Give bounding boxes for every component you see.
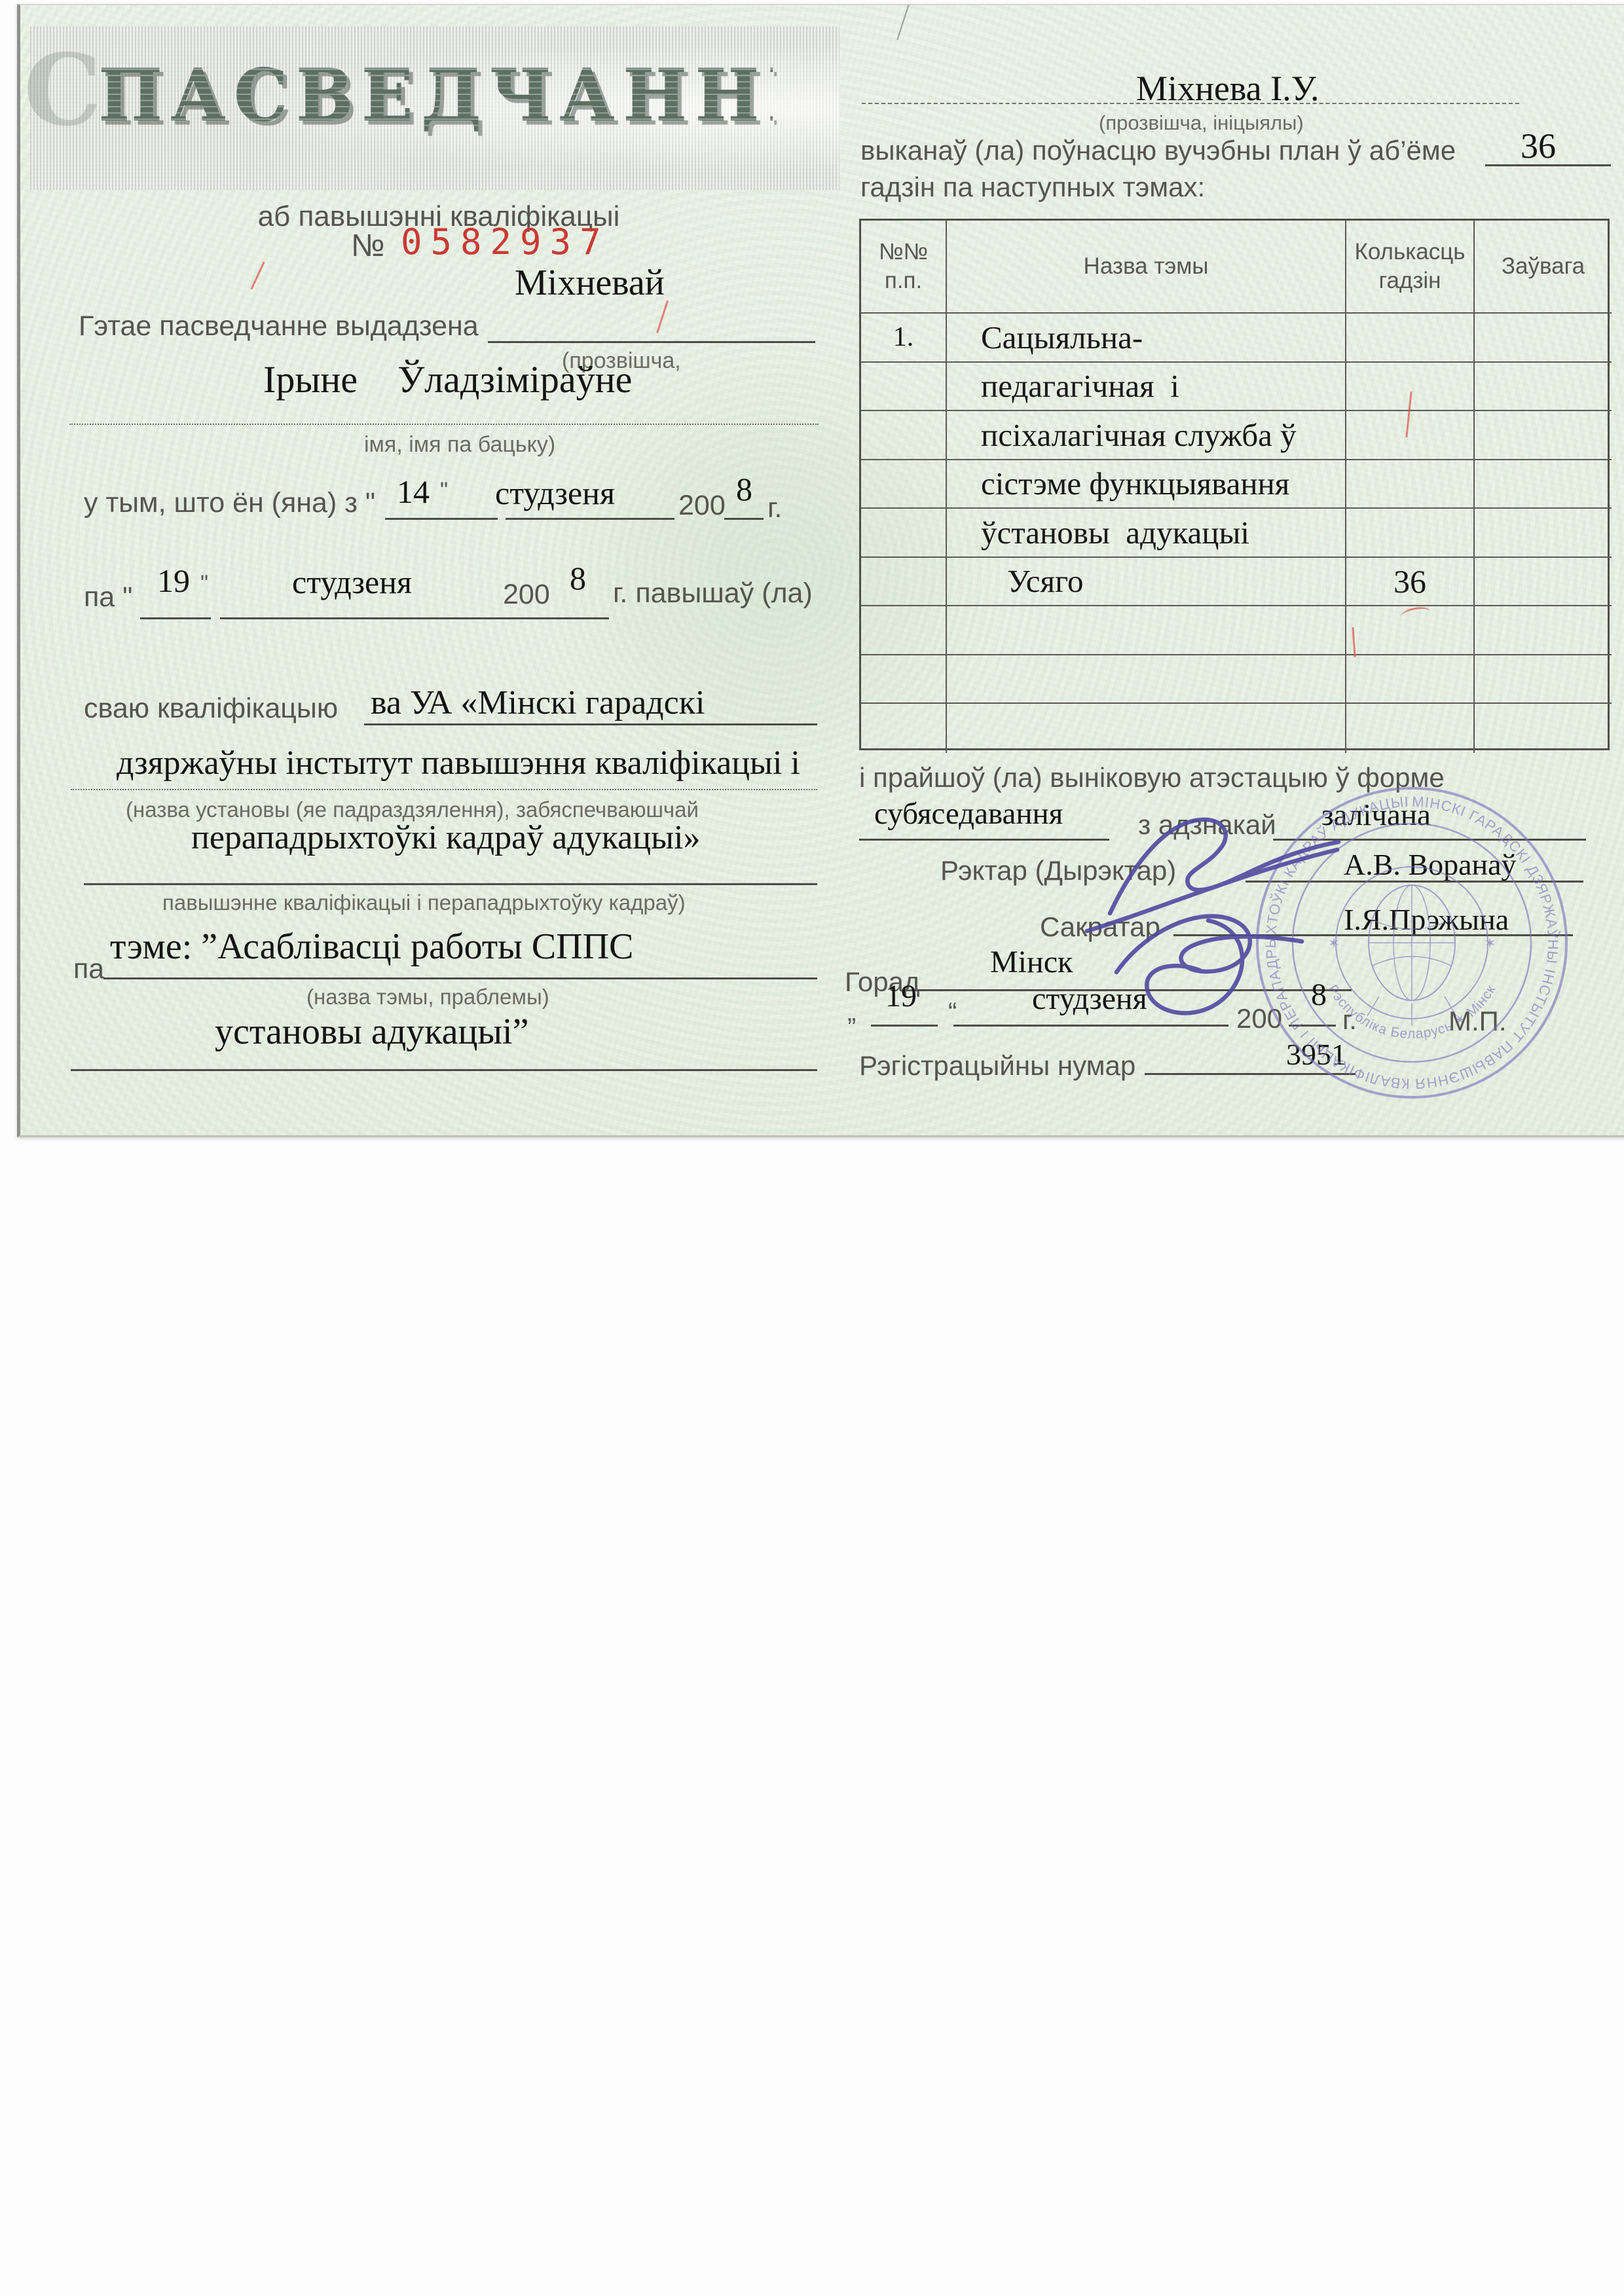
table-cell-topic: педагагічная і <box>947 363 1346 412</box>
underline <box>364 723 817 725</box>
table-cell-topic: псіхалагічная служба ў <box>947 411 1346 460</box>
table-cell-hours <box>1346 655 1475 704</box>
underline <box>140 617 211 619</box>
table-cell-note <box>1475 704 1612 753</box>
table-cell-note <box>1475 314 1612 363</box>
table-cell-topic <box>947 655 1346 704</box>
table-cell-hours <box>1346 314 1475 363</box>
table-cell-note <box>1475 655 1612 704</box>
to-month: студзеня <box>292 563 412 601</box>
signatures-overlay <box>1048 773 1454 1048</box>
to-day-quote: " <box>200 571 208 596</box>
underline <box>557 617 609 619</box>
certificate-title: ПАСВЕДЧАННЕ <box>98 52 773 137</box>
underline <box>1485 164 1611 166</box>
underline <box>69 424 819 425</box>
table-cell-hours <box>1346 460 1475 509</box>
table-cell-total-label: Усяго <box>947 558 1346 607</box>
table-cell-topic: Сацыяльна- <box>947 314 1346 363</box>
table-cell-topic: ўстановы адукацыі <box>947 509 1346 558</box>
to-suffix: г. павышаў (ла) <box>613 577 813 610</box>
from-prefix: у тым, што ён (яна) з " <box>84 487 375 519</box>
underline <box>506 518 674 520</box>
underline <box>724 518 764 520</box>
underline <box>103 977 817 979</box>
table-cell-num <box>861 509 947 558</box>
table-cell-note <box>1475 606 1612 655</box>
table-header-note: Заўвага <box>1475 221 1612 314</box>
holder-name: Ірыне Ўладзіміраўне <box>263 357 632 401</box>
to-year: 8 <box>570 559 586 597</box>
table-cell-topic <box>947 704 1346 753</box>
table-cell-total-hours: 36 <box>1346 558 1475 607</box>
table-header-hours: Колькасць гадзін <box>1346 221 1475 314</box>
table-cell-num <box>861 558 947 607</box>
table-header-num: №№ п.п. <box>861 221 947 314</box>
topic-line1: тэме: ”Асаблівасці работы СППС <box>110 926 633 968</box>
surname-initials-hint: (прозвішча, ініцыялы) <box>1099 111 1304 135</box>
plan-hours: 36 <box>1521 126 1556 166</box>
table-cell-hours <box>1346 509 1475 558</box>
institution-hint2: павышэнне кваліфікацыі і перападрыхтоўку… <box>162 890 686 915</box>
to-prefix: па " <box>84 581 132 613</box>
from-month: студзеня <box>495 474 615 512</box>
registration-label: Рэгістрацыйны нумар <box>859 1050 1135 1082</box>
holder-surname-dative: Міхневай <box>515 262 665 304</box>
underline <box>862 103 1519 104</box>
table-cell-num: 1. <box>861 314 947 363</box>
plan-line1: выканаў (ла) поўнасцю вучэбны план ў аб’… <box>860 135 1456 166</box>
from-year-prefix: 200 <box>678 490 726 522</box>
table-cell-num <box>861 655 947 704</box>
table-cell-num <box>861 704 947 753</box>
underline <box>488 341 815 343</box>
table-cell-num <box>861 606 947 655</box>
underline <box>385 518 498 520</box>
rector-signature <box>1110 820 1338 913</box>
topics-table: №№ п.п. Назва тэмы Колькасць гадзін Заўв… <box>859 219 1610 750</box>
table-cell-num <box>861 411 947 460</box>
rector-signature-flourish <box>1087 850 1337 931</box>
table-cell-hours <box>1346 704 1475 753</box>
table-cell-note <box>1475 411 1612 460</box>
from-year-suffix: г. <box>767 492 782 524</box>
table-cell-note <box>1475 509 1612 558</box>
serial-number-label: № <box>351 228 385 264</box>
to-year-prefix: 200 <box>503 579 550 611</box>
underline <box>871 1025 938 1027</box>
table-cell-hours <box>1346 411 1475 460</box>
table-header-topic: Назва тэмы <box>947 221 1346 314</box>
watermark-letter: С <box>24 33 101 148</box>
table-cell-topic: сістэме функцыявання <box>947 460 1346 509</box>
qualification-label: сваю кваліфікацыю <box>84 693 338 725</box>
stamp-star-right: ✶ <box>1484 935 1496 951</box>
name-hint: імя, імя па бацьку) <box>364 432 555 458</box>
from-day-quote: " <box>440 478 448 503</box>
table-cell-num <box>861 460 947 509</box>
underline <box>71 1069 817 1071</box>
issued-label: Гэтае пасведчанне выдадзена <box>79 310 479 342</box>
to-day: 19 <box>157 562 190 600</box>
topic-prefix: па <box>73 953 104 985</box>
date-quote-open: „ <box>847 998 856 1027</box>
from-year: 8 <box>736 470 752 508</box>
table-cell-note <box>1475 558 1612 607</box>
topic-line2: установы адукацыі” <box>215 1011 528 1053</box>
underline <box>220 617 562 619</box>
topic-hint: (назва тэмы, праблемы) <box>306 985 549 1010</box>
from-day: 14 <box>397 473 430 511</box>
date-day: 19 <box>885 978 917 1014</box>
institution-line3: перападрыхтоўкі кадраў адукацыі» <box>191 818 700 857</box>
table-cell-topic <box>947 606 1346 655</box>
institution-line2: дзяржаўны інстытут павышэння кваліфікацы… <box>117 744 800 782</box>
table-cell-note <box>1475 460 1612 509</box>
institution-line1: ва УА «Мінскі гарадскі <box>371 683 705 722</box>
serial-number-value: 0582937 <box>401 221 610 263</box>
underline <box>71 789 817 790</box>
attestation-form-value: субяседавання <box>874 796 1063 831</box>
secretary-signature <box>1116 916 1302 972</box>
underline <box>84 883 817 885</box>
date-quote-close: “ <box>948 998 957 1027</box>
plan-line2: гадзін па наступных тэмах: <box>860 172 1205 203</box>
table-cell-num <box>861 363 947 412</box>
scanned-certificate-page: С ПАСВЕДЧАННЕ аб павышэнні кваліфікацыі … <box>0 0 1624 2296</box>
table-cell-note <box>1475 363 1612 412</box>
